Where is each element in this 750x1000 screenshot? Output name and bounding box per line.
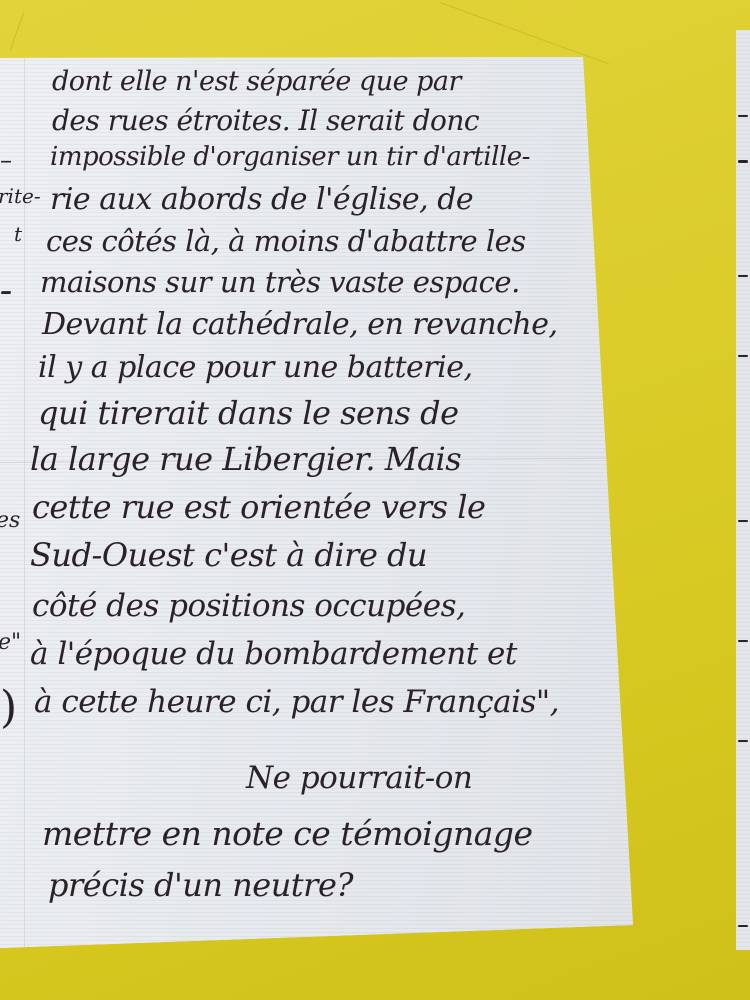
margin-fragment: rite- [0,184,41,208]
ink-mark [738,740,748,742]
ink-mark [738,355,748,357]
margin-fragment: – [0,276,12,305]
letter-line: Devant la cathédrale, en revanche, [42,307,558,342]
letter-line: côté des positions occupées, [32,588,465,624]
margin-fragment: – [0,146,12,174]
ink-mark [738,520,748,522]
margin-fragment: ) [0,682,17,733]
letter-line: des rues étroites. Il serait donc [52,104,479,137]
ink-mark [738,160,748,163]
letter-line: à l'époque du bombardement et [30,636,517,672]
background-crease [440,2,609,65]
letter-line: précis d'un neutre? [48,866,353,904]
letter-line: il y a place pour une batterie, [38,350,473,385]
ink-mark [738,115,748,117]
margin-fragment: es [0,508,20,533]
letter-line: à cette heure ci, par les Français", [34,684,559,720]
ink-mark [738,640,748,642]
ink-mark [738,925,748,927]
letter-line: ces côtés là, à moins d'abattre les [46,224,526,258]
letter-page: – rite- t – es e" ) dont elle n'est sépa… [0,0,750,1000]
letter-line: impossible d'organiser un tir d'artille- [50,142,530,172]
letter-line: qui tirerait dans le sens de [38,394,459,432]
letter-line: maisons sur un très vaste espace. [40,265,520,299]
letter-line: rie aux abords de l'église, de [50,182,473,217]
letter-line: Ne pourrait-on [246,760,472,796]
margin-fragment: e" [0,630,21,655]
ink-mark [738,275,748,277]
letter-line: dont elle n'est séparée que par [52,66,461,97]
letter-line: mettre en note ce témoignage [42,814,533,853]
margin-fragment: t [14,222,22,246]
adjacent-page-edge [736,30,750,950]
letter-line: Sud-Ouest c'est à dire du [30,536,427,574]
letter-line: cette rue est orientée vers le [32,488,485,526]
background-crease [10,13,25,51]
letter-line: la large rue Libergier. Mais [30,440,461,478]
